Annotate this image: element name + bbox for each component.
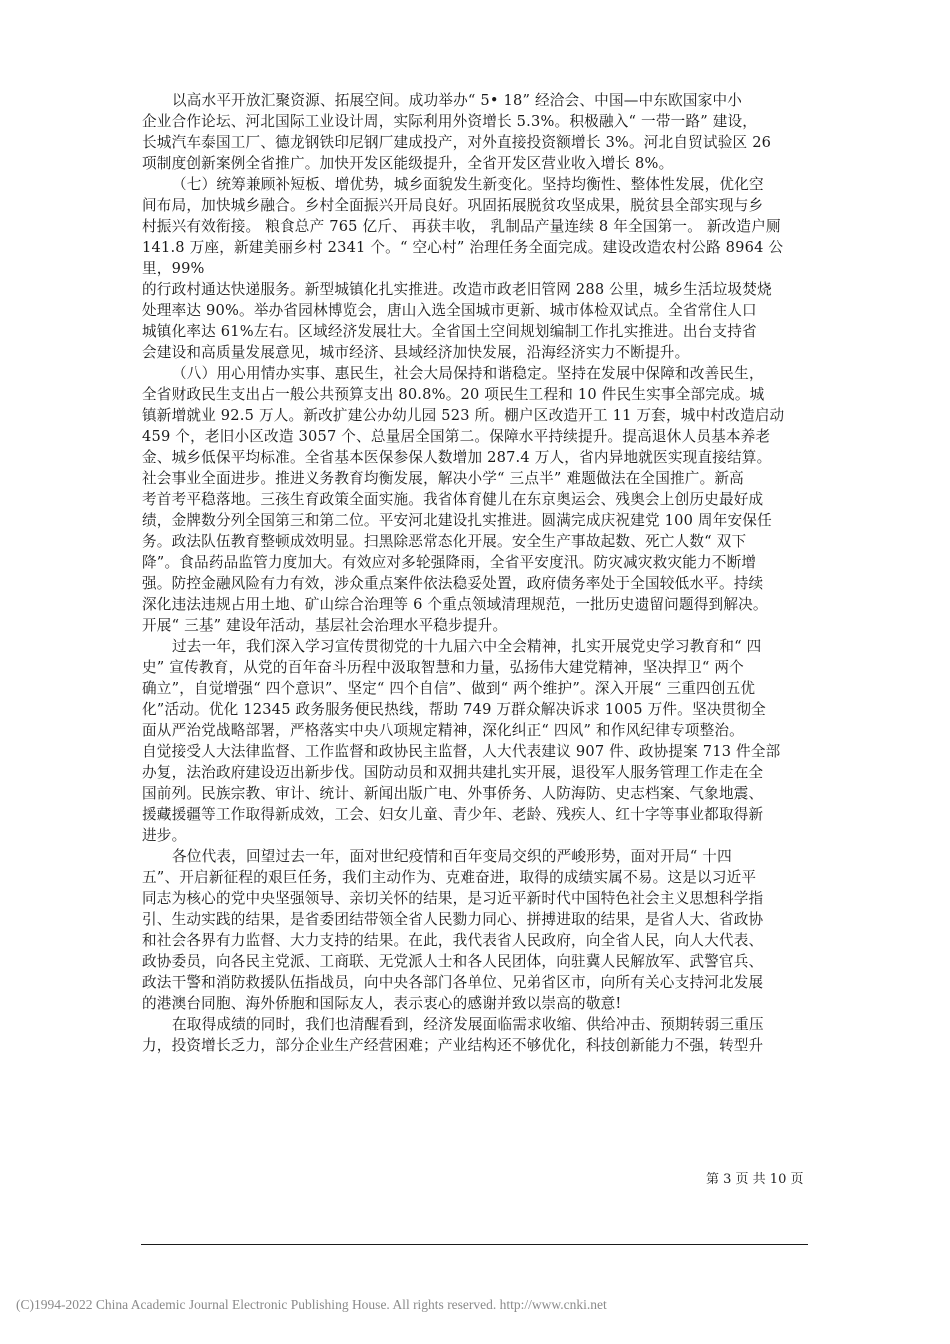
text-line: 确立”，自觉增强“ 四个意识”、坚定“ 四个自信”、做到“ 两个维护”。深入开展… bbox=[142, 678, 822, 699]
paragraph-first-line: （七）统筹兼顾补短板、增优势，城乡面貌发生新变化。坚持均衡性、整体性发展，优化空 bbox=[142, 174, 822, 195]
text-line: 政协委员，向各民主党派、工商联、无党派人士和各人民团体，向驻冀人民解放军、武警官… bbox=[142, 951, 822, 972]
text-line: 务。政法队伍教育整顿成效明显。扫黑除恶常态化开展。安全生产事故起数、死亡人数“ … bbox=[142, 531, 822, 552]
text-line: 化”活动。优化 12345 政务服务便民热线，帮助 749 万群众解决诉求 10… bbox=[142, 699, 822, 720]
text-line: 强。防控金融风险有力有效，涉众重点案件依法稳妥处置，政府债务率处于全国较低水平。… bbox=[142, 573, 822, 594]
text-line: 五”、开启新征程的艰巨任务，我们主动作为、克难奋进，取得的成绩实属不易。这是以习… bbox=[142, 867, 822, 888]
text-line: 的行政村通达快递服务。新型城镇化扎实推进。改造市政老旧管网 288 公里，城乡生… bbox=[142, 279, 822, 300]
text-line: 459 个，老旧小区改造 3057 个、总量居全国第二。保障水平持续提升。提高退… bbox=[142, 426, 822, 447]
page-number: 第 3 页 共 10 页 bbox=[706, 1168, 803, 1187]
text-line: 考首考平稳落地。三孩生育政策全面实施。我省体育健儿在东京奥运会、残奥会上创历史最… bbox=[142, 489, 822, 510]
text-line: 史” 宣传教育，从党的百年奋斗历程中汲取智慧和力量，弘扬伟大建党精神，坚决捍卫“… bbox=[142, 657, 822, 678]
paragraph-first-line: 过去一年，我们深入学习宣传贯彻党的十九届六中全会精神，扎实开展党史学习教育和“ … bbox=[142, 636, 822, 657]
text-line: 政法干警和消防救援队伍指战员，向中央各部门各单位、兄弟省区市，向所有关心支持河北… bbox=[142, 972, 822, 993]
text-line: 国前列。民族宗教、审计、统计、新闻出版广电、外事侨务、人防海防、史志档案、气象地… bbox=[142, 783, 822, 804]
copyright-notice: (C)1994-2022 China Academic Journal Elec… bbox=[16, 1297, 607, 1313]
text-line: 项制度创新案例全省推广。加快开发区能级提升，全省开发区营业收入增长 8%。 bbox=[142, 153, 822, 174]
text-line: 绩，金牌数分列全国第三和第二位。平安河北建设扎实推进。圆满完成庆祝建党 100 … bbox=[142, 510, 822, 531]
text-line: 面从严治党战略部署，严格落实中央八项规定精神，深化纠正“ 四风” 和作风纪律专项… bbox=[142, 720, 822, 741]
text-line: 援藏援疆等工作取得新成效，工会、妇女儿童、青少年、老龄、残疾人、红十字等事业都取… bbox=[142, 804, 822, 825]
text-line: 开展“ 三基” 建设年活动，基层社会治理水平稳步提升。 bbox=[142, 615, 822, 636]
paragraph-first-line: （八）用心用情办实事、惠民生，社会大局保持和谐稳定。坚持在发展中保障和改善民生， bbox=[142, 363, 822, 384]
document-page: 以高水平开放汇聚资源、拓展空间。成功举办“ 5• 18” 经洽会、中国—中东欧国… bbox=[0, 0, 950, 1344]
paragraph-first-line: 在取得成绩的同时，我们也清醒看到，经济发展面临需求收缩、供给冲击、预期转弱三重压 bbox=[142, 1014, 822, 1035]
text-line: 办复，法治政府建设迈出新步伐。国防动员和双拥共建扎实开展，退役军人服务管理工作走… bbox=[142, 762, 822, 783]
text-line: 城镇化率达 61%左右。区域经济发展壮大。全省国土空间规划编制工作扎实推进。出台… bbox=[142, 321, 822, 342]
paragraph-first-line: 以高水平开放汇聚资源、拓展空间。成功举办“ 5• 18” 经洽会、中国—中东欧国… bbox=[142, 90, 822, 111]
text-line: 引、生动实践的结果，是省委团结带领全省人民勠力同心、拼搏进取的结果，是省人大、省… bbox=[142, 909, 822, 930]
text-line: 和社会各界有力监督、大力支持的结果。在此，我代表省人民政府，向全省人民，向人大代… bbox=[142, 930, 822, 951]
paragraph-first-line: 各位代表，回望过去一年，面对世纪疫情和百年变局交织的严峻形势，面对开局“ 十四 bbox=[142, 846, 822, 867]
text-line: 力，投资增长乏力，部分企业生产经营困难；产业结构还不够优化，科技创新能力不强，转… bbox=[142, 1035, 822, 1056]
text-line: 的港澳台同胞、海外侨胞和国际友人，表示衷心的感谢并致以崇高的敬意! bbox=[142, 993, 822, 1014]
text-line: 全省财政民生支出占一般公共预算支出 80.8%。20 项民生工程和 10 件民生… bbox=[142, 384, 822, 405]
text-line: 长城汽车泰国工厂、德龙钢铁印尼钢厂建成投产，对外直接投资额增长 3%。河北自贸试… bbox=[142, 132, 822, 153]
text-line: 里，99% bbox=[142, 258, 822, 279]
text-line: 间布局，加快城乡融合。乡村全面振兴开局良好。巩固拓展脱贫攻坚成果，脱贫县全部实现… bbox=[142, 195, 822, 216]
text-line: 镇新增就业 92.5 万人。新改扩建公办幼儿园 523 所。棚户区改造开工 11… bbox=[142, 405, 822, 426]
text-line: 金、城乡低保平均标准。全省基本医保参保人数增加 287.4 万人，省内异地就医实… bbox=[142, 447, 822, 468]
body-text: 以高水平开放汇聚资源、拓展空间。成功举办“ 5• 18” 经洽会、中国—中东欧国… bbox=[142, 90, 822, 1056]
text-line: 同志为核心的党中央坚强领导、亲切关怀的结果，是习近平新时代中国特色社会主义思想科… bbox=[142, 888, 822, 909]
text-line: 会建设和高质量发展意见，城市经济、县域经济加快发展，沿海经济实力不断提升。 bbox=[142, 342, 822, 363]
text-line: 村振兴有效衔接。 粮食总产 765 亿斤、 再获丰收， 乳制品产量连续 8 年全… bbox=[142, 216, 822, 237]
text-line: 处理率达 90%。举办省园林博览会，唐山入选全国城市更新、城市体检双试点。全省常… bbox=[142, 300, 822, 321]
footer-rule bbox=[141, 1244, 808, 1245]
text-line: 141.8 万座，新建美丽乡村 2341 个。“ 空心村” 治理任务全面完成。建… bbox=[142, 237, 822, 258]
text-line: 社会事业全面进步。推进义务教育均衡发展，解决小学“ 三点半” 难题做法在全国推广… bbox=[142, 468, 822, 489]
text-line: 自觉接受人大法律监督、工作监督和政协民主监督，人大代表建议 907 件、政协提案… bbox=[142, 741, 822, 762]
text-line: 进步。 bbox=[142, 825, 822, 846]
text-line: 企业合作论坛、河北国际工业设计周，实际利用外资增长 5.3%。积极融入“ 一带一… bbox=[142, 111, 822, 132]
text-line: 降”。食品药品监管力度加大。有效应对多轮强降雨，全省平安度汛。防灾减灾救灾能力不… bbox=[142, 552, 822, 573]
text-line: 深化违法违规占用土地、矿山综合治理等 6 个重点领域清理规范，一批历史遗留问题得… bbox=[142, 594, 822, 615]
